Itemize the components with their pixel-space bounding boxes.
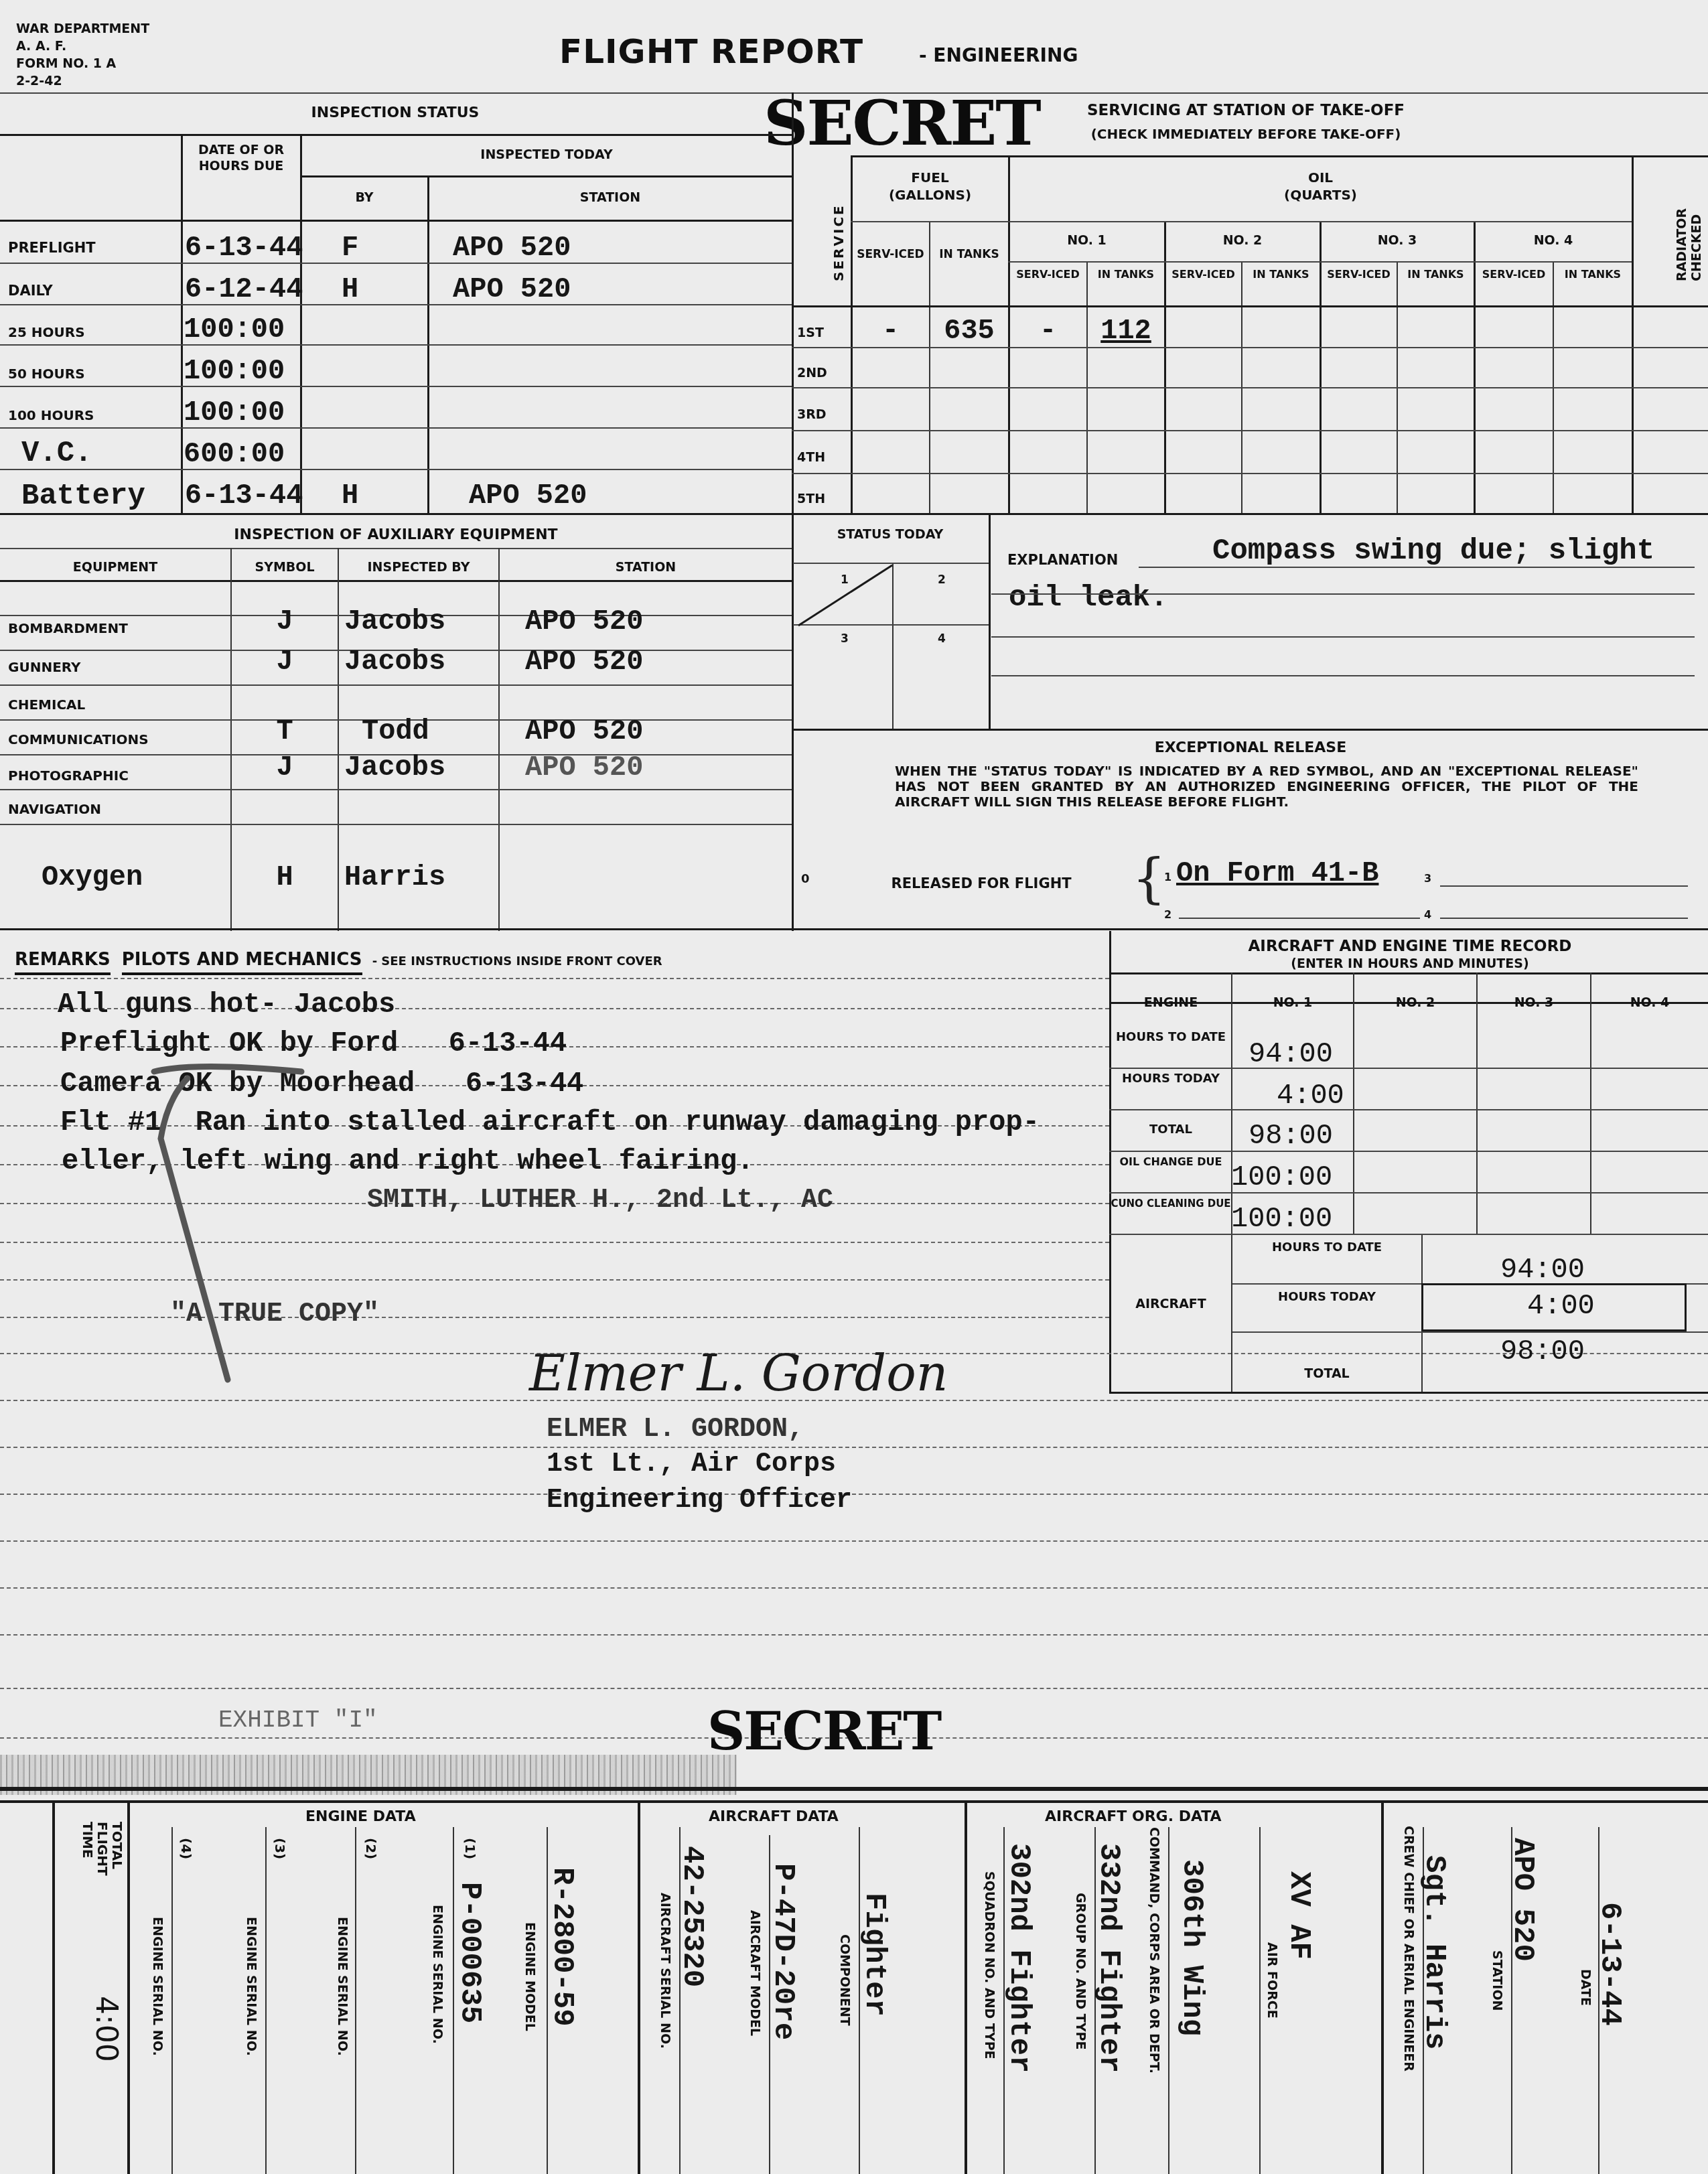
fuel-header: FUEL (GALLONS) bbox=[852, 169, 1008, 204]
aircraft-model-value[interactable]: P-47D-20re bbox=[766, 1863, 800, 2040]
due-value[interactable]: 6-13-44 bbox=[185, 480, 303, 512]
engine-1-serial-label: ENGINE SERIAL NO. bbox=[430, 1905, 445, 2044]
dept-line: FORM NO. 1 A bbox=[16, 55, 149, 72]
remark-line[interactable]: Camera OK by Moorhead 6-13-44 bbox=[60, 1068, 583, 1100]
radiator-checked-label: RADIATOR CHECKED bbox=[1675, 161, 1704, 281]
station-value[interactable]: APO 520 bbox=[525, 751, 643, 784]
engine-1-value[interactable]: 4:00 bbox=[1277, 1080, 1344, 1112]
exceptional-release-text: WHEN THE "STATUS TODAY" IS INDICATED BY … bbox=[895, 764, 1638, 810]
release-zero-label: 0 bbox=[801, 872, 810, 886]
oil-serviced-header: SERV-ICED bbox=[1165, 267, 1241, 283]
diagonal-status-mark-icon bbox=[793, 563, 894, 630]
remarks-label: REMARKS PILOTS AND MECHANICS - SEE INSTR… bbox=[15, 950, 662, 970]
crew-chief-label: CREW CHIEF OR AERIAL ENGINEER bbox=[1401, 1826, 1416, 2072]
remarks-instructions: - SEE INSTRUCTIONS INSIDE FRONT COVER bbox=[372, 954, 662, 968]
col-by: BY bbox=[301, 190, 427, 205]
engine-model-value[interactable]: R-2800-59 bbox=[545, 1867, 579, 2027]
aircraft-serial-label: AIRCRAFT SERIAL NO. bbox=[658, 1893, 672, 2049]
station-value[interactable]: APO 520 bbox=[525, 646, 643, 678]
aircraft-total[interactable]: 98:00 bbox=[1500, 1335, 1585, 1368]
pen-stroke-mark-icon bbox=[141, 1058, 315, 1393]
service-row-label: 3RD bbox=[797, 407, 827, 422]
total-flight-time-label: TOTAL FLIGHT TIME bbox=[80, 1822, 125, 1902]
due-value[interactable]: 6-13-44 bbox=[185, 232, 303, 264]
oil-engine-2: NO. 2 bbox=[1165, 233, 1320, 248]
group-value[interactable]: 332nd Fighter bbox=[1092, 1843, 1125, 2073]
equipment-label: Oxygen bbox=[42, 861, 143, 893]
station-value[interactable]: APO 520 bbox=[525, 605, 643, 638]
released-for-flight-label: RELEASED FOR FLIGHT bbox=[891, 875, 1072, 892]
col-engine-1: NO. 1 bbox=[1232, 995, 1353, 1010]
row-label: DAILY bbox=[8, 283, 53, 299]
engine-1-value[interactable]: 98:00 bbox=[1249, 1120, 1333, 1152]
release-slot-2-label: 2 bbox=[1164, 908, 1171, 921]
explanation-line-1[interactable]: Compass swing due; slight bbox=[1212, 534, 1654, 568]
form-subtitle: - ENGINEERING bbox=[919, 44, 1078, 66]
oil-serviced-header: SERV-ICED bbox=[1321, 267, 1397, 283]
fuel-serviced-value[interactable]: - bbox=[852, 315, 929, 347]
col-station: STATION bbox=[429, 190, 792, 205]
aircraft-label: AIRCRAFT bbox=[1111, 1297, 1231, 1311]
inspected-by-value[interactable]: Jacobs bbox=[344, 751, 445, 784]
command-label: COMMAND, CORPS AREA OR DEPT. bbox=[1147, 1827, 1161, 2074]
time-row-label: HOURS TO DATE bbox=[1111, 1030, 1231, 1045]
aircraft-row-label: TOTAL bbox=[1232, 1366, 1421, 1381]
oil1-serviced-value[interactable]: - bbox=[1009, 315, 1086, 347]
remark-line[interactable]: All guns hot- Jacobs bbox=[58, 989, 395, 1021]
oil-in-tanks-header: IN TANKS bbox=[1554, 267, 1632, 283]
fuel-in-tanks-value[interactable]: 635 bbox=[930, 315, 1008, 347]
group-label: GROUP NO. AND TYPE bbox=[1073, 1893, 1088, 2049]
fuel-serviced-header: SERV-ICED bbox=[852, 246, 929, 263]
col-equipment: EQUIPMENT bbox=[0, 560, 230, 575]
service-row-label: 5TH bbox=[797, 492, 825, 506]
by-value[interactable]: H bbox=[342, 480, 358, 512]
signer-name: ELMER L. GORDON, bbox=[547, 1415, 804, 1445]
col-engine-2: NO. 2 bbox=[1354, 995, 1476, 1010]
equipment-label: CHEMICAL bbox=[8, 697, 85, 713]
handwritten-signature: Elmer L. Gordon bbox=[529, 1345, 948, 1402]
oil-header: OIL (QUARTS) bbox=[1009, 169, 1632, 204]
engine-1-value[interactable]: 100:00 bbox=[1231, 1161, 1332, 1193]
time-row-label: HOURS TODAY bbox=[1111, 1072, 1231, 1086]
signer-title: Engineering Officer bbox=[547, 1485, 852, 1516]
station-value[interactable]: APO 520 bbox=[525, 715, 643, 747]
inspected-by-value[interactable]: Jacobs bbox=[344, 605, 445, 638]
row-label: PREFLIGHT bbox=[8, 240, 96, 256]
status-today-title: STATUS TODAY bbox=[793, 526, 987, 542]
fuel-label: FUEL bbox=[852, 169, 1008, 186]
col-engine-4: NO. 4 bbox=[1591, 995, 1708, 1010]
date-value[interactable]: 6-13-44 bbox=[1593, 1902, 1626, 2026]
engine-model-label: ENGINE MODEL bbox=[522, 1922, 537, 2031]
command-value[interactable]: 306th Wing bbox=[1175, 1859, 1208, 2036]
status-quadrant-4[interactable]: 4 bbox=[938, 632, 946, 646]
component-value[interactable]: Fighter bbox=[857, 1893, 891, 2017]
aircraft-data-title: AIRCRAFT DATA bbox=[709, 1808, 839, 1825]
status-quadrant-2[interactable]: 2 bbox=[938, 573, 946, 587]
fuel-unit: (GALLONS) bbox=[852, 186, 1008, 204]
oil-unit: (QUARTS) bbox=[1009, 186, 1632, 204]
dept-line: 2-2-42 bbox=[16, 72, 149, 90]
engine-4-number: (4) bbox=[178, 1838, 194, 1859]
inspected-by-value[interactable]: Jacobs bbox=[344, 646, 445, 678]
exceptional-release-title: EXCEPTIONAL RELEASE bbox=[793, 739, 1708, 756]
department-block: WAR DEPARTMENT A. A. F. FORM NO. 1 A 2-2… bbox=[16, 20, 149, 90]
fuel-in-tanks-header: IN TANKS bbox=[930, 246, 1008, 263]
oil-serviced-header: SERV-ICED bbox=[1009, 267, 1086, 283]
engine-1-number: (1) bbox=[462, 1838, 478, 1859]
symbol-value[interactable]: T bbox=[232, 715, 338, 747]
explanation-label: EXPLANATION bbox=[1007, 552, 1118, 568]
org-data-title: AIRCRAFT ORG. DATA bbox=[1045, 1808, 1222, 1825]
remarks-heading: REMARKS bbox=[15, 950, 111, 975]
air-force-label: AIR FORCE bbox=[1265, 1942, 1279, 2019]
remark-line[interactable]: Preflight OK by Ford 6-13-44 bbox=[60, 1027, 567, 1060]
aircraft-serial-value[interactable]: 42-25320 bbox=[675, 1846, 709, 1987]
station-value[interactable]: APO 520 bbox=[469, 480, 587, 512]
pilots-mechanics-heading: PILOTS AND MECHANICS bbox=[122, 950, 362, 975]
station-label: STATION bbox=[1490, 1950, 1504, 2011]
engine-4-serial-label: ENGINE SERIAL NO. bbox=[150, 1917, 165, 2056]
aux-equipment-title: INSPECTION OF AUXILIARY EQUIPMENT bbox=[0, 526, 792, 543]
service-row-label: 1ST bbox=[797, 325, 824, 340]
release-slot-1-value[interactable]: On Form 41-B bbox=[1176, 857, 1378, 889]
col-symbol: SYMBOL bbox=[232, 560, 338, 575]
aircraft-hours-to-date[interactable]: 94:00 bbox=[1500, 1254, 1585, 1286]
servicing-subtitle: (CHECK IMMEDIATELY BEFORE TAKE-OFF) bbox=[985, 126, 1507, 142]
aircraft-hours-today[interactable]: 4:00 bbox=[1527, 1290, 1595, 1322]
crew-chief-value[interactable]: Sgt. Harris bbox=[1417, 1855, 1451, 2049]
equipment-label: PHOTOGRAPHIC bbox=[8, 768, 129, 784]
time-row-label: TOTAL bbox=[1111, 1122, 1231, 1137]
form-title: FLIGHT REPORT bbox=[559, 32, 863, 71]
col-inspected-by: INSPECTED BY bbox=[339, 560, 498, 575]
engine-1-serial-value[interactable]: P-000635 bbox=[453, 1882, 486, 2023]
remark-signature-line[interactable]: SMITH, LUTHER H., 2nd Lt., AC bbox=[367, 1185, 833, 1216]
air-force-value[interactable]: XV AF bbox=[1282, 1871, 1315, 1960]
time-record-title: AIRCRAFT AND ENGINE TIME RECORD bbox=[1112, 938, 1708, 955]
col-engine: ENGINE bbox=[1111, 995, 1231, 1010]
oil-in-tanks-header: IN TANKS bbox=[1088, 267, 1164, 283]
engine-3-serial-label: ENGINE SERIAL NO. bbox=[244, 1917, 259, 2056]
oil-serviced-header: SERV-ICED bbox=[1475, 267, 1553, 283]
release-slot-4-label: 4 bbox=[1424, 908, 1431, 921]
time-row-label: OIL CHANGE DUE bbox=[1111, 1155, 1231, 1169]
row-label: Battery bbox=[21, 480, 145, 513]
col-station: STATION bbox=[500, 560, 792, 575]
service-row-label: 2ND bbox=[797, 366, 827, 380]
oil-in-tanks-header: IN TANKS bbox=[1242, 267, 1320, 283]
oil-label: OIL bbox=[1009, 169, 1632, 186]
oil1-in-tanks-value[interactable]: 112 bbox=[1088, 315, 1164, 347]
equipment-label: NAVIGATION bbox=[8, 801, 101, 817]
time-row-label: CUNO CLEANING DUE bbox=[1111, 1196, 1231, 1211]
station-value[interactable]: APO 520 bbox=[1506, 1838, 1539, 1962]
aircraft-model-label: AIRCRAFT MODEL bbox=[748, 1910, 762, 2036]
servicing-title: SERVICING AT STATION OF TAKE-OFF bbox=[985, 102, 1507, 119]
exhibit-label: EXHIBIT "I" bbox=[218, 1707, 378, 1734]
engine-2-number: (2) bbox=[363, 1838, 379, 1859]
aircraft-row-label: HOURS TODAY bbox=[1232, 1290, 1421, 1305]
secret-stamp-bottom: SECRET bbox=[707, 1705, 940, 1759]
by-value[interactable]: H bbox=[342, 273, 358, 305]
due-value[interactable]: 100:00 bbox=[184, 355, 285, 387]
service-row-label: 4TH bbox=[797, 450, 825, 465]
by-value[interactable]: F bbox=[342, 232, 358, 264]
equipment-label: GUNNERY bbox=[8, 659, 81, 675]
engine-3-number: (3) bbox=[272, 1838, 288, 1859]
due-value[interactable]: 600:00 bbox=[184, 438, 285, 470]
release-slot-3-label: 3 bbox=[1424, 872, 1431, 885]
symbol-value[interactable]: J bbox=[232, 646, 338, 678]
equipment-label: COMMUNICATIONS bbox=[8, 731, 149, 747]
status-quadrant-3[interactable]: 3 bbox=[841, 632, 849, 646]
dept-line: WAR DEPARTMENT bbox=[16, 20, 149, 38]
row-label: 50 HOURS bbox=[8, 366, 85, 382]
explanation-line-2[interactable]: oil leak. bbox=[1009, 581, 1168, 615]
station-value[interactable]: APO 520 bbox=[453, 232, 571, 264]
total-flight-time-value[interactable]: 4:00 bbox=[89, 1996, 123, 2062]
inspected-by-value[interactable]: Harris bbox=[344, 861, 445, 893]
station-value[interactable]: APO 520 bbox=[453, 273, 571, 305]
inspection-status-title: INSPECTION STATUS bbox=[0, 104, 790, 121]
symbol-value[interactable]: H bbox=[232, 861, 338, 893]
due-value[interactable]: 100:00 bbox=[184, 396, 285, 429]
equipment-label: BOMBARDMENT bbox=[8, 620, 128, 636]
col-inspected-today: INSPECTED TODAY bbox=[301, 147, 792, 162]
engine-2-serial-label: ENGINE SERIAL NO. bbox=[335, 1917, 350, 2056]
oil-engine-4: NO. 4 bbox=[1475, 233, 1632, 248]
squadron-value[interactable]: 302nd Fighter bbox=[1002, 1843, 1036, 2073]
symbol-value[interactable]: J bbox=[232, 605, 338, 638]
due-value[interactable]: 6-12-44 bbox=[185, 273, 303, 305]
service-label: SERVICE bbox=[831, 204, 847, 281]
oil-in-tanks-header: IN TANKS bbox=[1398, 267, 1474, 283]
inspected-by-value[interactable]: Todd bbox=[362, 715, 429, 747]
dept-line: A. A. F. bbox=[16, 38, 149, 55]
squadron-label: SQUADRON NO. AND TYPE bbox=[982, 1871, 997, 2059]
release-slot-1-label: 1 bbox=[1164, 871, 1171, 883]
row-label: V.C. bbox=[21, 437, 92, 470]
date-label: DATE bbox=[1578, 1969, 1593, 2006]
engine-data-title: ENGINE DATA bbox=[305, 1808, 416, 1825]
row-label: 25 HOURS bbox=[8, 324, 85, 340]
col-engine-3: NO. 3 bbox=[1478, 995, 1590, 1010]
engine-1-value[interactable]: 100:00 bbox=[1231, 1203, 1332, 1235]
oil-engine-3: NO. 3 bbox=[1321, 233, 1474, 248]
signer-rank: 1st Lt., Air Corps bbox=[547, 1449, 836, 1479]
symbol-value[interactable]: J bbox=[232, 751, 338, 784]
oil-engine-1: NO. 1 bbox=[1009, 233, 1164, 248]
row-label: 100 HOURS bbox=[8, 407, 94, 423]
engine-1-value[interactable]: 94:00 bbox=[1249, 1038, 1333, 1070]
aircraft-row-label: HOURS TO DATE bbox=[1232, 1240, 1421, 1255]
brace-icon: { bbox=[1132, 852, 1166, 905]
due-value[interactable]: 100:00 bbox=[184, 313, 285, 346]
col-date-due: DATE OF OR HOURS DUE bbox=[182, 142, 300, 174]
component-label: COMPONENT bbox=[837, 1934, 852, 2026]
time-record-subtitle: (ENTER IN HOURS AND MINUTES) bbox=[1112, 956, 1708, 971]
